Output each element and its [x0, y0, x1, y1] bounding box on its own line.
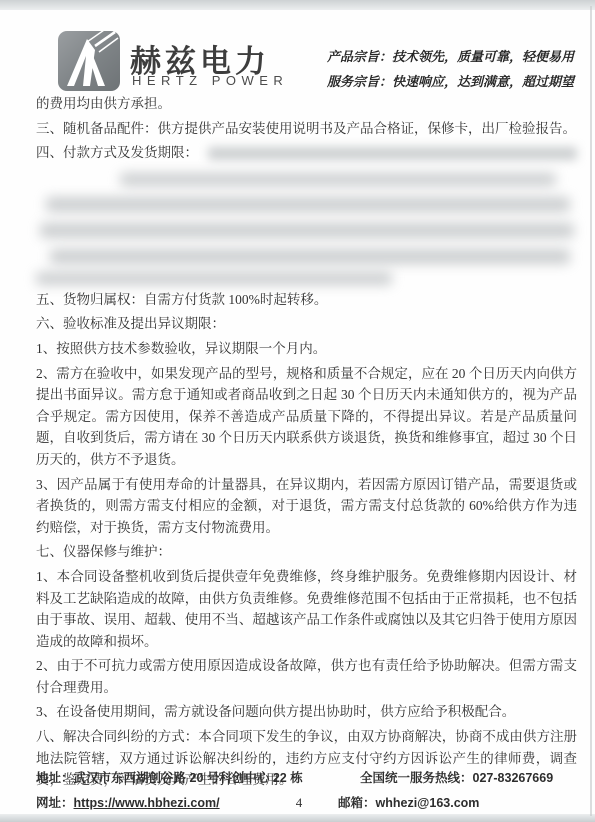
service-slogan: 服务宗旨：快速响应，达到满意，超过期望	[327, 69, 583, 94]
contract-body: 的费用均由供方承担。 三、随机备品配件：供方提供产品安装使用说明书及产品合格证，…	[36, 93, 577, 794]
service-hotline: 全国统一服务热线：027-83267669	[360, 768, 553, 786]
section-6-item-3: 3、因产品属于有使用寿命的计量器具，在异议期内，若因需方原因订错产品，需要退货或…	[36, 474, 577, 539]
section-6-item-2: 2、需方在验收中，如果发现产品的型号，规格和质量不合规定，应在 20 个日历天内…	[36, 363, 577, 471]
product-slogan-text: 技术领先，质量可靠，轻便易用	[392, 49, 574, 64]
scan-edge-right	[590, 6, 592, 816]
redacted-text-line	[50, 249, 570, 264]
company-name-en: HERTZ POWER	[132, 73, 288, 88]
product-slogan: 产品宗旨：技术领先，质量可靠，轻便易用	[327, 44, 583, 69]
hertz-logo-icon	[57, 30, 121, 92]
scanned-contract-page: 赫兹电力 HERTZ POWER 产品宗旨：技术领先，质量可靠，轻便易用 服务宗…	[0, 0, 595, 822]
redacted-text-line	[40, 223, 574, 238]
page-footer: 地址：武汉市东西湖创谷路 20 号科创中心 22 栋 全国统一服务热线：027-…	[36, 761, 579, 811]
contract-line: 的费用均由供方承担。	[36, 93, 577, 115]
scan-edge-top	[0, 0, 595, 10]
page-number: 4	[260, 795, 338, 811]
section-7-item-2: 2、由于不可抗力或需方使用原因造成设备故障，供方也有责任给予协助解决。但需方需支…	[36, 655, 577, 698]
service-slogan-text: 快速响应，达到满意，超过期望	[392, 74, 574, 89]
company-slogans: 产品宗旨：技术领先，质量可靠，轻便易用 服务宗旨：快速响应，达到满意，超过期望	[327, 44, 583, 94]
company-address: 地址：武汉市东西湖创谷路 20 号科创中心 22 栋	[36, 768, 360, 786]
redacted-text-line	[46, 197, 570, 212]
service-slogan-label: 服务宗旨：	[327, 74, 392, 89]
footer-row-1: 地址：武汉市东西湖创谷路 20 号科创中心 22 栋 全国统一服务热线：027-…	[36, 768, 579, 786]
section-7-item-1: 1、本合同设备整机收到货后提供壹年免费维修，终身维护服务。免费维修期内因设计、材…	[36, 566, 577, 652]
section-4-payment-heading: 四、付款方式及发货期限：	[36, 142, 577, 164]
redacted-text-line	[120, 173, 556, 186]
redacted-payment-terms-block	[36, 167, 577, 285]
section-5-ownership: 五、货物归属权：自需方付货款 100%时起转移。	[36, 289, 577, 311]
company-email: 邮箱：whhezi@163.com	[338, 793, 479, 811]
footer-row-2: 网址：https://www.hbhezi.com/ 4 邮箱：whhezi@1…	[36, 793, 579, 811]
company-website: 网址：https://www.hbhezi.com/	[36, 793, 260, 811]
section-7-warranty-heading: 七、仪器保修与维护：	[36, 541, 577, 563]
section-7-item-3: 3、在设备使用期间，需方就设备问题向供方提出协助时，供方应给予积极配合。	[36, 701, 577, 723]
product-slogan-label: 产品宗旨：	[327, 49, 392, 64]
scan-edge-bottom	[0, 814, 595, 822]
section-3-accessories: 三、随机备品配件：供方提供产品安装使用说明书及产品合格证，保修卡，出厂检验报告。	[36, 118, 577, 140]
redacted-text-line	[36, 272, 392, 285]
section-6-acceptance-heading: 六、验收标准及提出异议期限：	[36, 313, 577, 335]
website-url: https://www.hbhezi.com/	[74, 796, 220, 810]
redacted-inline-text	[208, 147, 577, 160]
section-6-item-1: 1、按照供方技术参数验收，异议期限一个月内。	[36, 338, 577, 360]
